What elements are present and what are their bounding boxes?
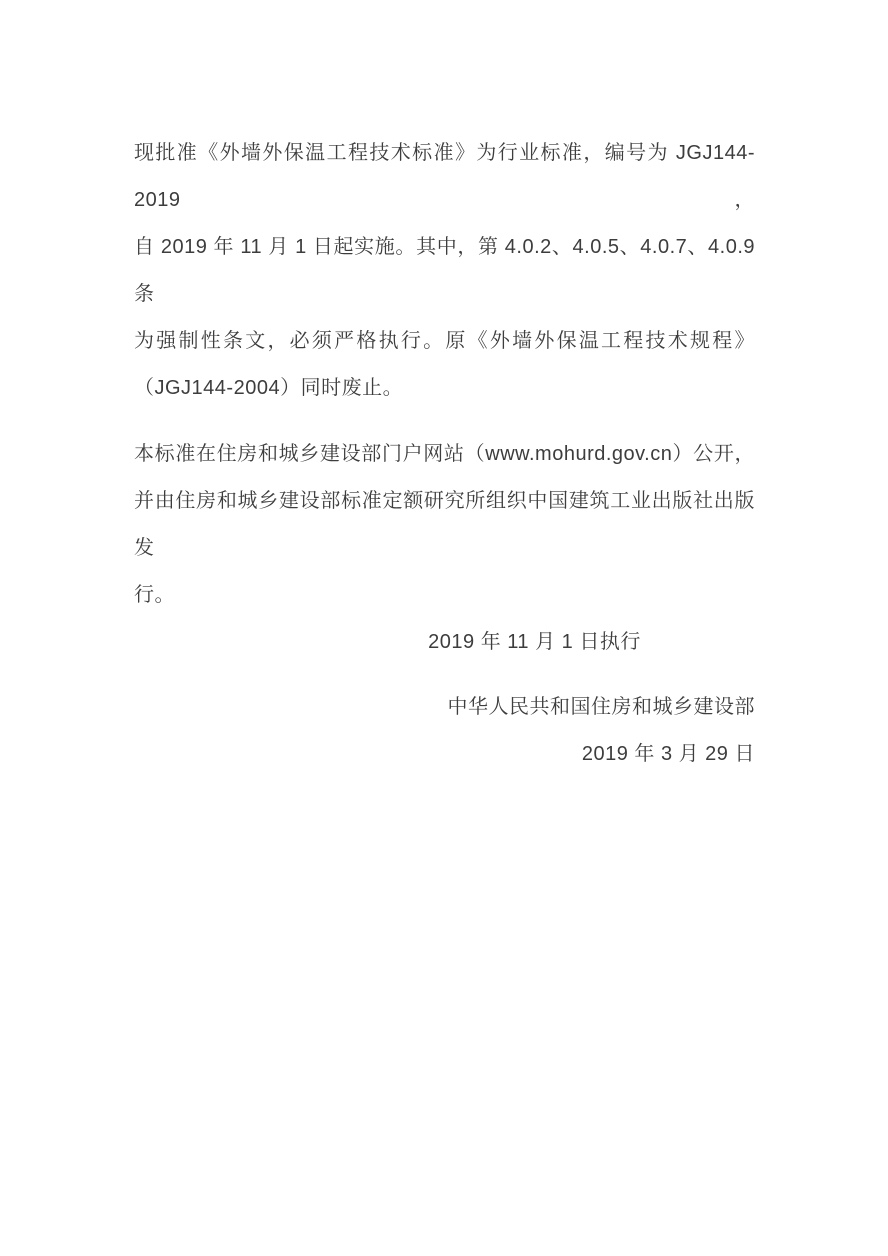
- effective-date-line: 2019 年 11 月 1 日执行: [134, 619, 755, 666]
- text-line: 为强制性条文，必须严格执行。原《外墙外保温工程技术规程》: [134, 318, 755, 365]
- text-line: 本标准在住房和城乡建设部门户网站（www.mohurd.gov.cn）公开，: [134, 431, 755, 478]
- issue-date-line: 2019 年 3 月 29 日: [134, 731, 755, 778]
- paragraph-publication-notice: 本标准在住房和城乡建设部门户网站（www.mohurd.gov.cn）公开， 并…: [134, 431, 755, 619]
- text-line: （JGJ144-2004）同时废止。: [134, 365, 755, 412]
- text-line: 行。: [134, 572, 755, 619]
- document-page: 现批准《外墙外保温工程技术标准》为行业标准，编号为 JGJ144-2019， 自…: [0, 0, 888, 1256]
- text-line: 现批准《外墙外保温工程技术标准》为行业标准，编号为 JGJ144-2019，: [134, 130, 755, 224]
- text-line: 并由住房和城乡建设部标准定额研究所组织中国建筑工业出版社出版发: [134, 478, 755, 572]
- paragraph-approval-notice: 现批准《外墙外保温工程技术标准》为行业标准，编号为 JGJ144-2019， 自…: [134, 130, 755, 412]
- document-content: 现批准《外墙外保温工程技术标准》为行业标准，编号为 JGJ144-2019， 自…: [0, 0, 888, 778]
- text-line: 自 2019 年 11 月 1 日起实施。其中，第 4.0.2、4.0.5、4.…: [134, 224, 755, 318]
- issuer-line: 中华人民共和国住房和城乡建设部: [134, 684, 755, 731]
